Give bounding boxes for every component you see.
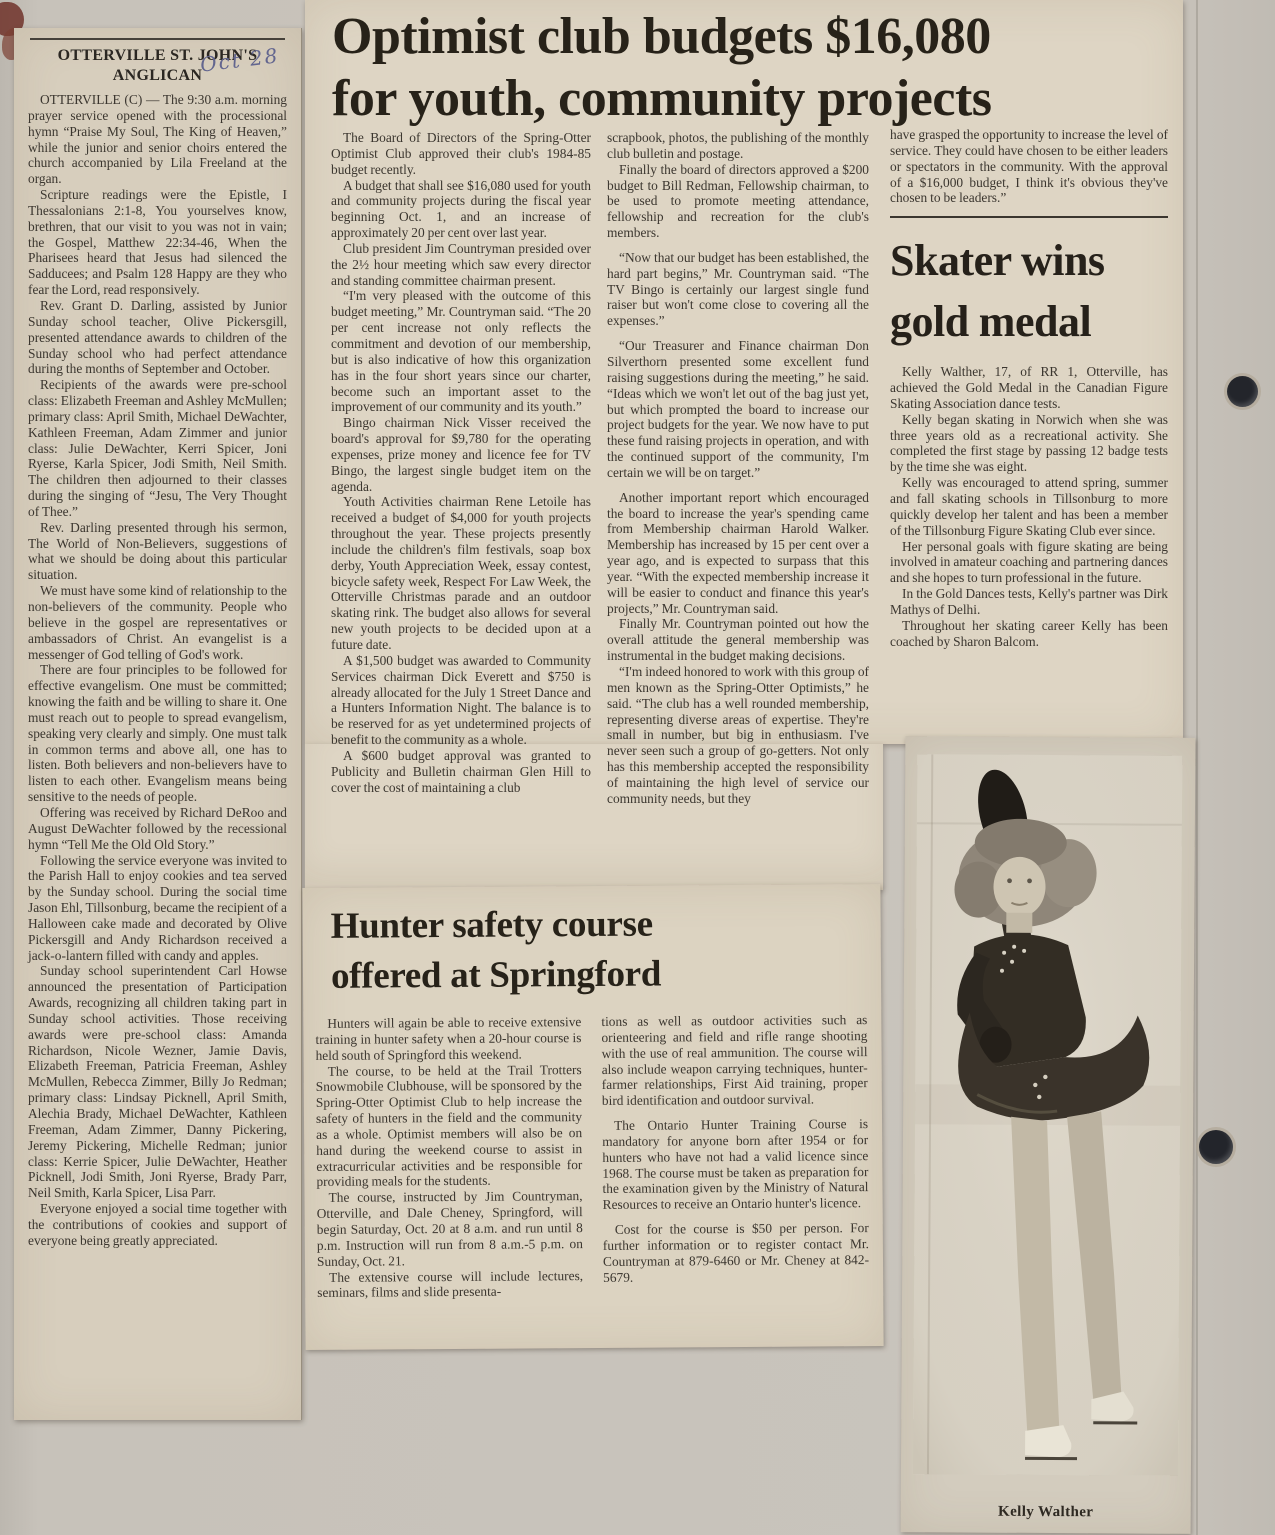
paragraph: Hunters will again be able to receive ex… xyxy=(315,1014,581,1063)
scrapbook-page: OTTERVILLE ST. JOHN'S ANGLICAN OTTERVILL… xyxy=(0,0,1275,1535)
paragraph: Finally Mr. Countryman pointed out how t… xyxy=(607,616,869,664)
paragraph: Club president Jim Countryman presided o… xyxy=(331,241,591,289)
paragraph: A budget that shall see $16,080 used for… xyxy=(331,178,591,241)
punch-hole-bottom xyxy=(1199,1130,1233,1164)
paragraph: Another important report which encourage… xyxy=(607,490,869,617)
paragraph: Rev. Grant D. Darling, assisted by Junio… xyxy=(28,298,287,377)
headline-line: gold medal xyxy=(890,291,1168,352)
paragraph: Recipients of the awards were pre-school… xyxy=(28,377,287,520)
paragraph: A $600 budget approval was granted to Pu… xyxy=(331,748,591,796)
paragraph: Bingo chairman Nick Visser received the … xyxy=(331,415,591,494)
optimist-column-3-and-skater-article: have grasped the opportunity to increase… xyxy=(890,127,1168,745)
paragraph: Kelly Walther, 17, of RR 1, Otterville, … xyxy=(890,364,1168,412)
paragraph: “I'm indeed honored to work with this gr… xyxy=(607,664,869,807)
paragraph: A $1,500 budget was awarded to Community… xyxy=(331,653,591,748)
hunter-column-2: tions as well as outdoor activities such… xyxy=(601,1012,869,1350)
paragraph: Finally the board of directors approved … xyxy=(607,162,869,241)
paragraph: There are four principles to be followed… xyxy=(28,662,287,805)
skater-figure-illustration xyxy=(913,754,1182,1476)
church-article-clipping: OTTERVILLE ST. JOHN'S ANGLICAN OTTERVILL… xyxy=(14,28,302,1420)
paragraph: Youth Activities chairman Rene Letoile h… xyxy=(331,494,591,652)
paragraph: The extensive course will include lectur… xyxy=(317,1268,583,1302)
paragraph: Kelly began skating in Norwich when she … xyxy=(890,412,1168,475)
paragraph: We must have some kind of relationship t… xyxy=(28,583,287,662)
paragraph: Kelly was encouraged to attend spring, s… xyxy=(890,475,1168,538)
hunter-article-clipping: Hunter safety course offered at Springfo… xyxy=(302,884,883,1350)
headline-line: Optimist club budgets $16,080 xyxy=(332,6,1092,68)
hunter-headline: Hunter safety course offered at Springfo… xyxy=(330,898,869,1002)
rule xyxy=(30,38,285,40)
paragraph: The course, to be held at the Trail Trot… xyxy=(316,1062,583,1191)
paragraph: Her personal goals with figure skating a… xyxy=(890,539,1168,587)
hunter-columns: Hunters will again be able to receive ex… xyxy=(315,1012,871,1350)
optimist-column-2: scrapbook, photos, the publishing of the… xyxy=(607,130,869,884)
paragraph: The Ontario Hunter Training Course is ma… xyxy=(602,1116,869,1213)
paragraph: Throughout her skating career Kelly has … xyxy=(890,618,1168,650)
paragraph: have grasped the opportunity to increase… xyxy=(890,127,1168,206)
rule xyxy=(890,216,1168,218)
paragraph: scrapbook, photos, the publishing of the… xyxy=(607,130,869,162)
paragraph: Scripture readings were the Epistle, I T… xyxy=(28,187,287,298)
headline-line: Hunter safety course xyxy=(330,898,868,952)
paragraph: In the Gold Dances tests, Kelly's partne… xyxy=(890,586,1168,618)
page-edge-seam xyxy=(1196,0,1198,1535)
paragraph: OTTERVILLE (C) — The 9:30 a.m. morning p… xyxy=(28,92,287,187)
punch-hole-top xyxy=(1227,376,1258,407)
paragraph: Everyone enjoyed a social time together … xyxy=(28,1201,287,1249)
paragraph: Sunday school superintendent Carl Howse … xyxy=(28,963,287,1201)
paragraph: “Now that our budget has been establishe… xyxy=(607,250,869,329)
paragraph: Rev. Darling presented through his sermo… xyxy=(28,520,287,583)
skater-headline: Skater wins gold medal xyxy=(890,230,1168,352)
hunter-column-1: Hunters will again be able to receive ex… xyxy=(315,1014,583,1350)
paragraph: The course, instructed by Jim Countryman… xyxy=(317,1188,584,1269)
photo-caption: Kelly Walther xyxy=(901,1503,1191,1522)
paragraph: “I'm very pleased with the outcome of th… xyxy=(331,288,591,415)
skater-photo-clipping: Kelly Walther xyxy=(901,736,1196,1534)
church-article-body: OTTERVILLE (C) — The 9:30 a.m. morning p… xyxy=(28,92,287,1249)
skater-photo xyxy=(913,754,1182,1476)
paragraph: tions as well as outdoor activities such… xyxy=(601,1012,868,1109)
optimist-headline: Optimist club budgets $16,080 for youth,… xyxy=(332,6,1092,130)
paragraph: “Our Treasurer and Finance chairman Don … xyxy=(607,338,869,481)
headline-line: Skater wins xyxy=(890,230,1168,291)
paragraph: Following the service everyone was invit… xyxy=(28,853,287,964)
paragraph: Offering was received by Richard DeRoo a… xyxy=(28,805,287,853)
paragraph: Cost for the course is $50 per person. F… xyxy=(603,1220,869,1285)
headline-line: for youth, community projects xyxy=(332,68,1092,130)
optimist-column-1: The Board of Directors of the Spring-Ott… xyxy=(331,130,591,884)
paragraph: The Board of Directors of the Spring-Ott… xyxy=(331,130,591,178)
headline-line: offered at Springford xyxy=(331,948,869,1002)
